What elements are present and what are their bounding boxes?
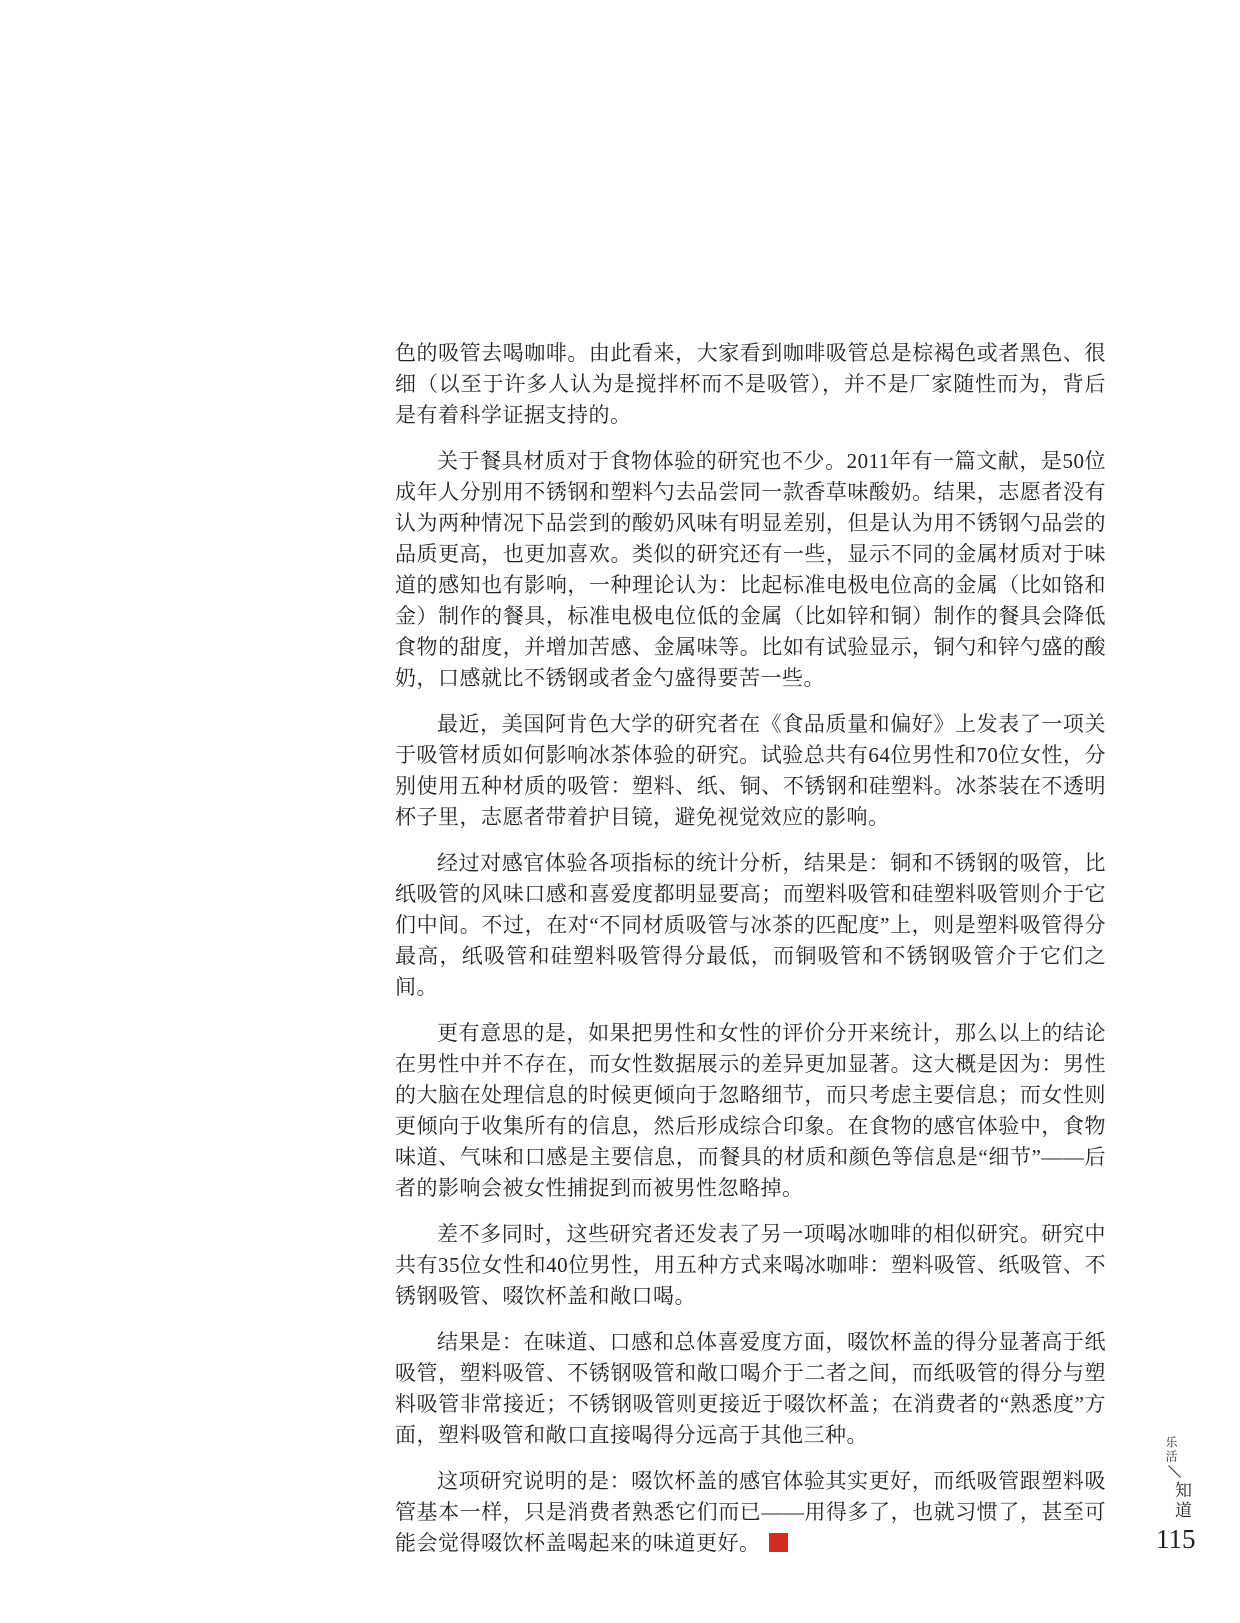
section-label-large: 知道 bbox=[1169, 1481, 1194, 1521]
article-paragraph-3: 最近，美国阿肯色大学的研究者在《食品质量和偏好》上发表了一项关于吸管材质如何影响… bbox=[395, 709, 1106, 833]
article-paragraph-8: 这项研究说明的是：啜饮杯盖的感官体验其实更好，而纸吸管跟塑料吸管基本一样，只是消… bbox=[395, 1466, 1106, 1559]
article-paragraph-5: 更有意思的是，如果把男性和女性的评价分开来统计，那么以上的结论在男性中并不存在，… bbox=[395, 1018, 1106, 1204]
article-paragraph-4: 经过对感官体验各项指标的统计分析，结果是：铜和不锈钢的吸管，比纸吸管的风味口感和… bbox=[395, 848, 1106, 1003]
article-body: 色的吸管去喝咖啡。由此看来，大家看到咖啡吸管总是棕褐色或者黑色、很细（以至于许多… bbox=[395, 338, 1106, 1574]
paragraph-text: 这项研究说明的是：啜饮杯盖的感官体验其实更好，而纸吸管跟塑料吸管基本一样，只是消… bbox=[395, 1469, 1106, 1555]
page-number: 115 bbox=[1156, 1524, 1196, 1555]
article-paragraph-1: 色的吸管去喝咖啡。由此看来，大家看到咖啡吸管总是棕褐色或者黑色、很细（以至于许多… bbox=[395, 338, 1106, 431]
article-paragraph-6: 差不多同时，这些研究者还发表了另一项喝冰咖啡的相似研究。研究中共有35位女性和4… bbox=[395, 1219, 1106, 1312]
article-paragraph-2: 关于餐具材质对于食物体验的研究也不少。2011年有一篇文献，是50位成年人分别用… bbox=[395, 446, 1106, 694]
end-of-article-marker-icon bbox=[769, 1533, 788, 1552]
article-paragraph-7: 结果是：在味道、口感和总体喜爱度方面，啜饮杯盖的得分显著高于纸吸管，塑料吸管、不… bbox=[395, 1327, 1106, 1451]
section-label-small: 乐活 bbox=[1163, 1436, 1180, 1464]
section-divider-slash-icon bbox=[1167, 1464, 1182, 1479]
